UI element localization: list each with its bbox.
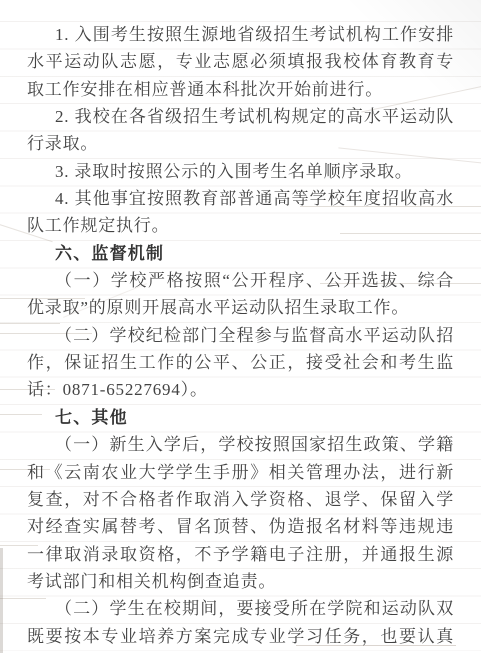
text-line: （一）学校严格按照“公开程序、公开选拔、综合考核、择 xyxy=(27,267,454,294)
document-page: 1. 入围考生按照生源地省级招生考试机构工作安排填报高水平运动队志愿，专业志愿必… xyxy=(0,0,481,653)
text-line: 行录取。 xyxy=(27,130,454,157)
text-line: 3. 录取时按照公示的入围考生名单顺序录取。 xyxy=(27,158,454,185)
text-line: 话：0871-65227694）。 xyxy=(27,376,454,403)
text-line: （一）新生入学后，学校按照国家招生政策、学籍管理规定 xyxy=(27,431,454,458)
text-line: 队工作规定执行。 xyxy=(27,212,454,239)
text-line: 复查，对不合格者作取消入学资格、退学、保留入学资格等处理。 xyxy=(27,486,454,513)
text-line: 作，保证招生工作的公平、公正，接受社会和考生监督（监督电 xyxy=(27,349,454,376)
text-line: 2. 我校在各省级招生考试机构规定的高水平运动队批次进 xyxy=(27,103,454,130)
section-heading: 六、监督机制 xyxy=(27,240,454,267)
text-line: 水平运动队志愿，专业志愿必须填报我校体育教育专业，投档录 xyxy=(27,48,454,75)
text-line: 4. 其他事宜按照教育部普通高等学校年度招收高水平运动 xyxy=(27,185,454,212)
text-line: 1. 入围考生按照生源地省级招生考试机构工作安排填报高 xyxy=(27,21,454,48)
text-line: （二）学校纪检部门全程参与监督高水平运动队招生录取工 xyxy=(27,322,454,349)
text-line: 对经查实属替考、冒名顶替、伪造报名材料等违规违纪情况的， xyxy=(27,513,454,540)
text-line: 既要按本专业培养方案完成专业学习任务，也要认真履行参加训 xyxy=(27,623,454,650)
text-line: （二）学生在校期间，要接受所在学院和运动队双重管理， xyxy=(27,595,454,622)
text-line: 一律取消录取资格，不予学籍电子注册，并通报生源地省级招生 xyxy=(27,541,454,568)
document-body: 1. 入围考生按照生源地省级招生考试机构工作安排填报高水平运动队志愿，专业志愿必… xyxy=(0,0,481,650)
text-line: 优录取”的原则开展高水平运动队招生录取工作。 xyxy=(27,294,454,321)
section-heading: 七、其他 xyxy=(27,404,454,431)
text-line: 和《云南农业大学学生手册》相关管理办法，进行新生入学资格 xyxy=(27,459,454,486)
text-line: 考试部门和相关机构倒查追责。 xyxy=(27,568,454,595)
text-line: 取工作安排在相应普通本科批次开始前进行。 xyxy=(27,76,454,103)
